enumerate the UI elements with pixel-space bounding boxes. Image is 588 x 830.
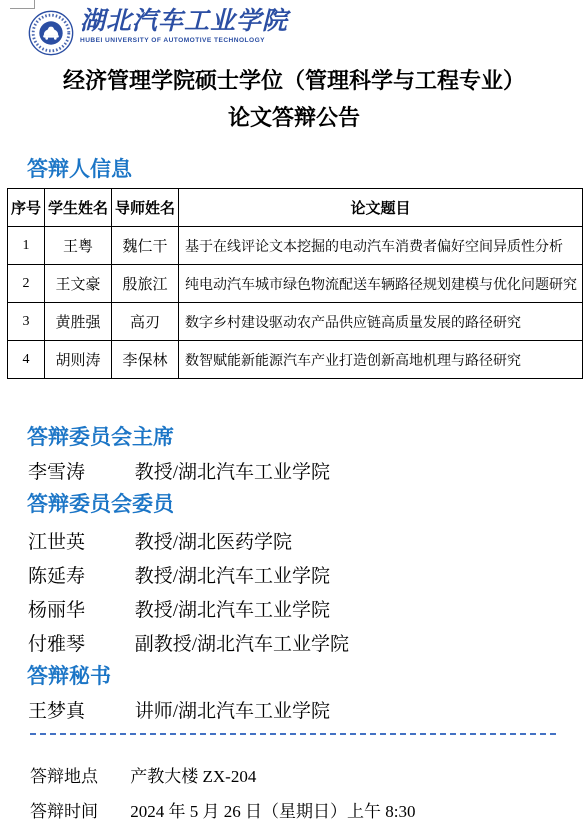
university-name-cn: 湖北汽车工业学院 (80, 8, 288, 35)
heading-chair: 答辩委员会主席 (27, 421, 174, 451)
cell-index: 2 (8, 265, 45, 303)
person-name: 江世英 (28, 527, 100, 554)
person-title: 副教授/湖北汽车工业学院 (135, 629, 349, 656)
cell-thesis: 基于在线评论文本挖掘的电动汽车消费者偏好空间异质性分析 (179, 227, 583, 265)
document-title-line1: 经济管理学院硕士学位（管理科学与工程专业） (0, 62, 588, 99)
cell-thesis: 纯电动汽车城市绿色物流配送车辆路径规划建模与优化问题研究 (179, 265, 583, 303)
cell-student: 王文豪 (45, 265, 112, 303)
person-name: 王梦真 (28, 696, 100, 723)
col-header-index: 序号 (8, 189, 45, 227)
person-name: 杨丽华 (28, 595, 100, 622)
location-value: 产教大楼 ZX-204 (130, 762, 256, 787)
person-name: 付雅琴 (28, 629, 100, 656)
cell-index: 4 (8, 341, 45, 379)
cell-advisor: 魏仁干 (112, 227, 179, 265)
person-title: 教授/湖北医药学院 (135, 527, 292, 554)
member-line: 付雅琴 副教授/湖北汽车工业学院 (28, 629, 349, 656)
defense-location-line: 答辩地点 产教大楼 ZX-204 (30, 762, 256, 787)
person-title: 讲师/湖北汽车工业学院 (135, 696, 330, 723)
table-row: 3 黄胜强 高刃 数字乡村建设驱动农产品供应链高质量发展的路径研究 (8, 303, 583, 341)
cell-advisor: 李保林 (112, 341, 179, 379)
time-value: 2024 年 5 月 26 日（星期日）上午 8:30 (130, 797, 415, 822)
col-header-thesis: 论文题目 (179, 189, 583, 227)
heading-candidates: 答辩人信息 (27, 153, 132, 183)
person-name: 陈延寿 (28, 561, 100, 588)
table-row: 2 王文豪 殷旅江 纯电动汽车城市绿色物流配送车辆路径规划建模与优化问题研究 (8, 265, 583, 303)
table-row: 1 王粤 魏仁干 基于在线评论文本挖掘的电动汽车消费者偏好空间异质性分析 (8, 227, 583, 265)
heading-secretary: 答辩秘书 (27, 660, 111, 690)
cell-student: 黄胜强 (45, 303, 112, 341)
person-name: 李雪涛 (28, 457, 100, 484)
person-title: 教授/湖北汽车工业学院 (135, 457, 330, 484)
time-label: 答辩时间 (30, 797, 108, 822)
secretary-line: 王梦真 讲师/湖北汽车工业学院 (28, 696, 330, 723)
university-logo: 湖北汽车工业学院 HUBEI UNIVERSITY OF AUTOMOTIVE … (28, 8, 288, 56)
person-title: 教授/湖北汽车工业学院 (135, 595, 330, 622)
cell-thesis: 数智赋能新能源汽车产业打造创新高地机理与路径研究 (179, 341, 583, 379)
document-title-line2: 论文答辩公告 (0, 99, 588, 136)
member-line: 杨丽华 教授/湖北汽车工业学院 (28, 595, 330, 622)
heading-members: 答辩委员会委员 (27, 488, 174, 518)
cell-thesis: 数字乡村建设驱动农产品供应链高质量发展的路径研究 (179, 303, 583, 341)
col-header-student: 学生姓名 (45, 189, 112, 227)
table-header-row: 序号 学生姓名 导师姓名 论文题目 (8, 189, 583, 227)
defense-time-line: 答辩时间 2024 年 5 月 26 日（星期日）上午 8:30 (30, 797, 415, 822)
cell-index: 1 (8, 227, 45, 265)
cell-advisor: 高刃 (112, 303, 179, 341)
document-title: 经济管理学院硕士学位（管理科学与工程专业） 论文答辩公告 (0, 62, 588, 136)
cell-advisor: 殷旅江 (112, 265, 179, 303)
candidates-table: 序号 学生姓名 导师姓名 论文题目 1 王粤 魏仁干 基于在线评论文本挖掘的电动… (7, 188, 583, 379)
cell-student: 胡则涛 (45, 341, 112, 379)
dashed-divider (30, 733, 556, 735)
table-row: 4 胡则涛 李保林 数智赋能新能源汽车产业打造创新高地机理与路径研究 (8, 341, 583, 379)
chair-line: 李雪涛 教授/湖北汽车工业学院 (28, 457, 330, 484)
cell-index: 3 (8, 303, 45, 341)
university-name-en: HUBEI UNIVERSITY OF AUTOMOTIVE TECHNOLOG… (80, 37, 288, 44)
person-title: 教授/湖北汽车工业学院 (135, 561, 330, 588)
location-label: 答辩地点 (30, 762, 108, 787)
member-line: 陈延寿 教授/湖北汽车工业学院 (28, 561, 330, 588)
university-seal-icon (28, 10, 74, 56)
announcement-page: 湖北汽车工业学院 HUBEI UNIVERSITY OF AUTOMOTIVE … (0, 0, 588, 830)
cell-student: 王粤 (45, 227, 112, 265)
col-header-advisor: 导师姓名 (112, 189, 179, 227)
member-line: 江世英 教授/湖北医药学院 (28, 527, 292, 554)
university-wordmark: 湖北汽车工业学院 HUBEI UNIVERSITY OF AUTOMOTIVE … (80, 8, 288, 44)
